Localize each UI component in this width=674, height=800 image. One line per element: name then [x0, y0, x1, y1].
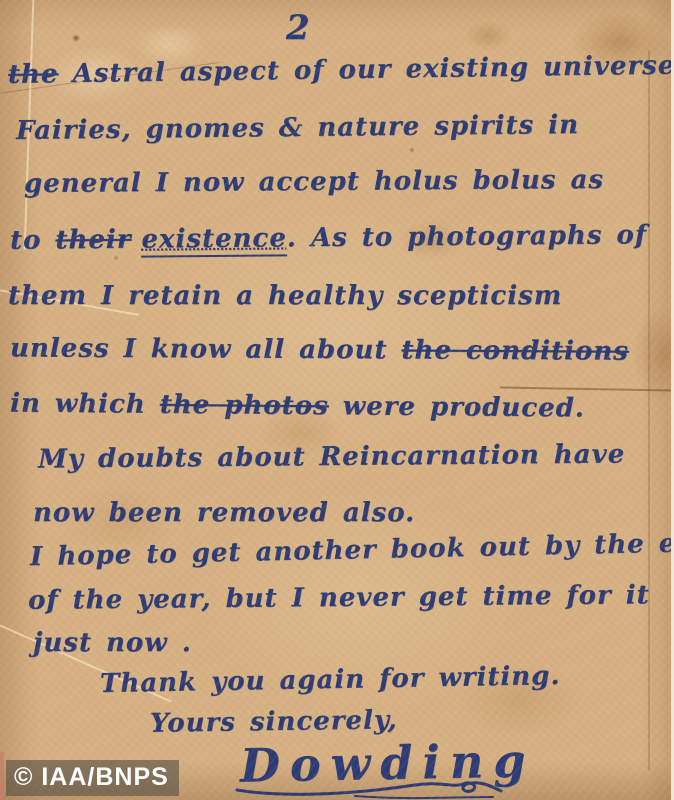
letter-photo: 2 the Astral aspect of our existing univ…	[0, 0, 674, 800]
crossed-words: the conditions	[401, 335, 629, 366]
signature: Dowding	[240, 735, 536, 791]
line-segment: Astral aspect of our existing universe. …	[58, 50, 674, 89]
letter-line-2: Fairies, gnomes & nature spirits in	[16, 111, 579, 145]
letter-line-12: just now .	[33, 629, 192, 658]
letter-line-4: to theirexistence. As to photographs of	[10, 221, 647, 255]
letter-line-1: the Astral aspect of our existing univer…	[8, 51, 674, 89]
line-segment: in which	[10, 388, 160, 419]
line-segment: unless I know all about	[10, 333, 402, 365]
letter-line-3: general I now accept holus bolus as	[24, 166, 604, 199]
crease-line	[648, 50, 650, 770]
letter-line-11: of the year, but I never get time for it	[28, 581, 650, 615]
letter-line-5: them I retain a healthy scepticism	[8, 282, 562, 311]
line-segment: . As to photographs of	[287, 220, 647, 253]
letter-line-9: now been removed also.	[33, 499, 415, 528]
crossed-words: the photos	[160, 390, 329, 421]
letter-line-13: Thank you again for writing.	[100, 662, 561, 699]
letter-line-8: My doubts about Reincarnation have	[38, 440, 625, 474]
photo-credit-watermark: © IAA/BNPS	[6, 760, 179, 796]
underlined-word: existence	[141, 223, 287, 257]
page-number: 2	[286, 10, 311, 47]
letter-line-7: in which the photos were produced.	[10, 389, 585, 423]
line-segment: to	[10, 225, 56, 255]
letter-line-10: I hope to get another book out by the en…	[30, 529, 674, 572]
closing-line: Yours sincerely,	[150, 706, 398, 738]
line-segment: were produced.	[329, 391, 585, 423]
crossed-word: their	[55, 225, 131, 256]
crease-line	[500, 386, 674, 391]
letter-line-6: unless I know all about the conditions	[10, 334, 629, 366]
crossed-word: the	[8, 59, 59, 90]
photo-left-edge-artifact	[0, 752, 4, 800]
